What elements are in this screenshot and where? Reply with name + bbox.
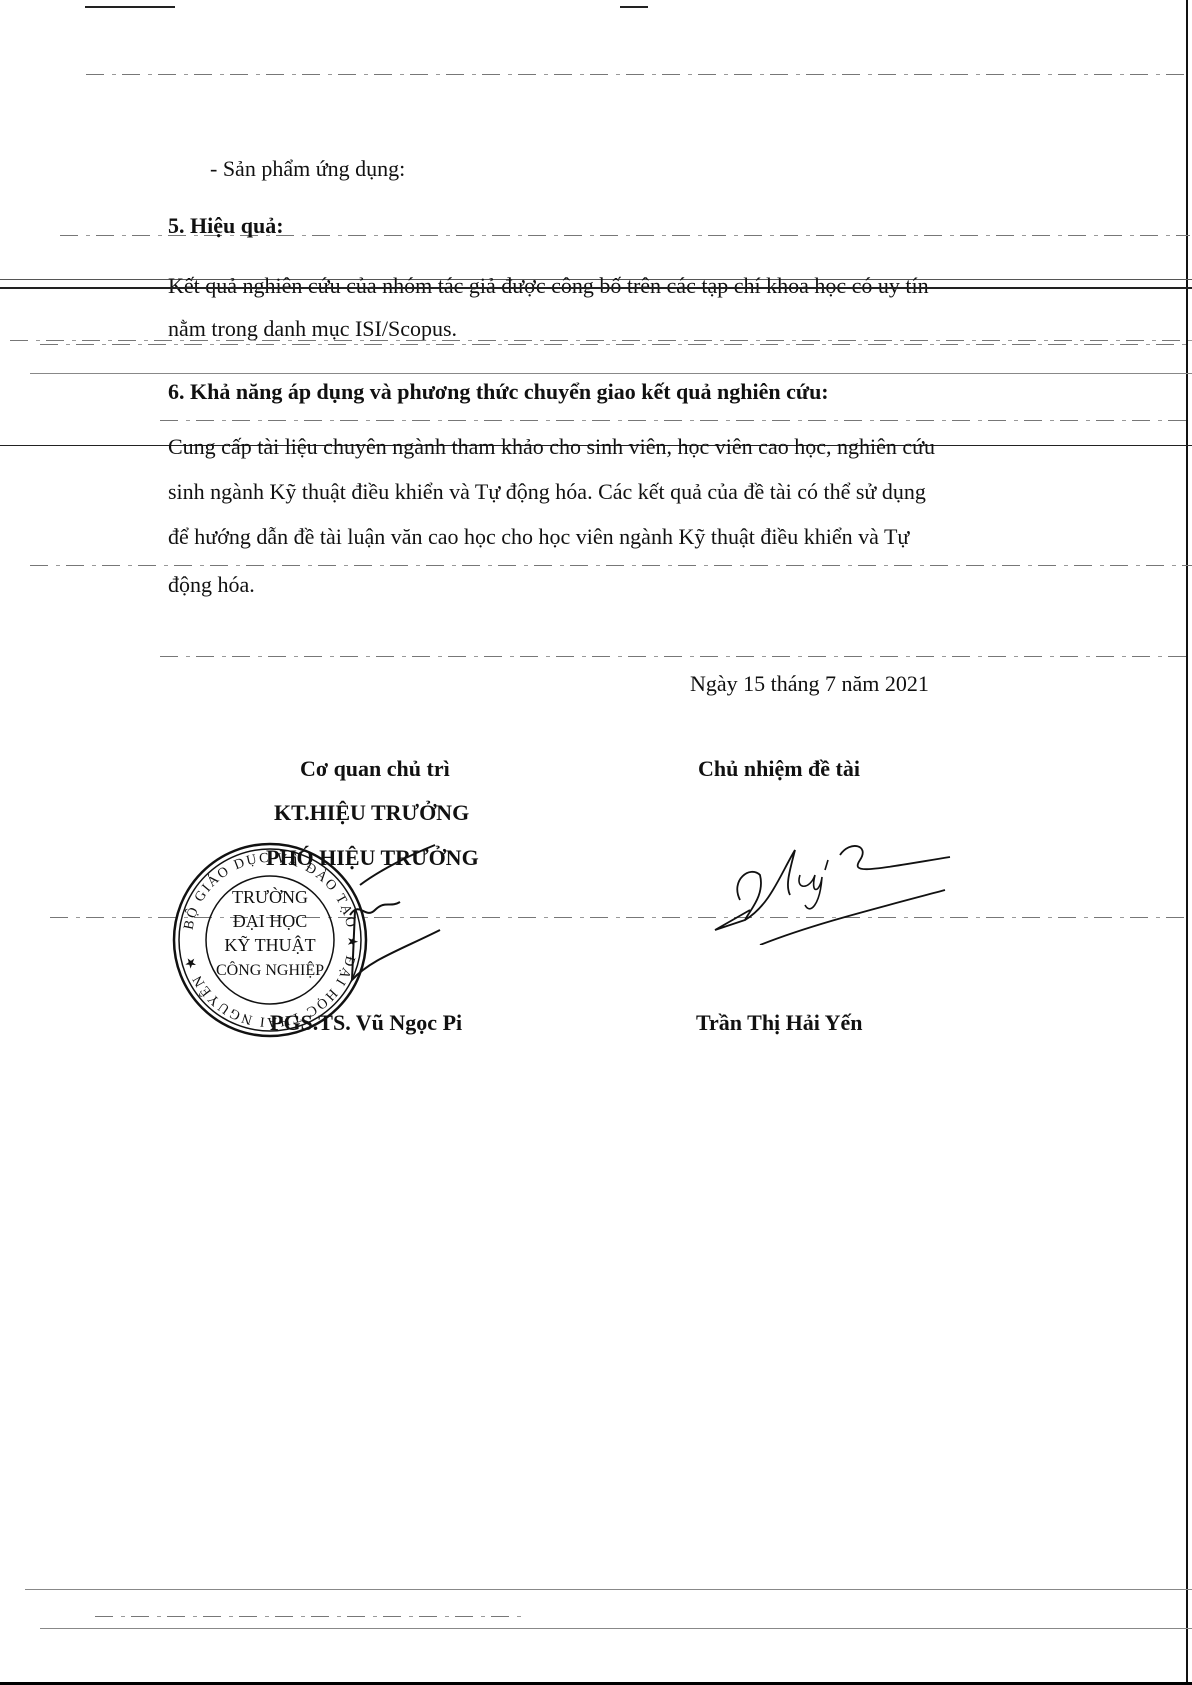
svg-text:KỸ THUẬT: KỸ THUẬT — [224, 934, 315, 955]
right-signer-name: Trần Thị Hải Yến — [696, 1012, 862, 1034]
right-signature-scribble — [710, 835, 970, 945]
left-signer-name: PGS.TS. Vũ Ngọc Pi — [270, 1012, 462, 1034]
right-signature-title: Chủ nhiệm đề tài — [698, 758, 860, 780]
section5-line-2: nằm trong danh mục ISI/Scopus. — [168, 318, 457, 340]
scan-artifact-line — [10, 340, 1192, 341]
scan-artifact-line — [25, 1589, 1192, 1590]
section6-line-1: Cung cấp tài liệu chuyên ngành tham khảo… — [168, 436, 935, 458]
svg-text:CÔNG NGHIỆP: CÔNG NGHIỆP — [216, 960, 324, 979]
left-signature-scribble — [340, 840, 460, 990]
scan-artifact-line — [95, 1616, 525, 1617]
scan-artifact-line — [30, 565, 1192, 566]
section5-heading: 5. Hiệu quả: — [168, 215, 284, 237]
scan-edge-line — [1186, 0, 1188, 1685]
scan-artifact-line — [40, 344, 1192, 345]
scan-artifact-line — [160, 420, 1190, 421]
date-line: Ngày 15 tháng 7 năm 2021 — [690, 673, 929, 695]
section5-line-1: Kết quả nghiên cứu của nhóm tác giả được… — [168, 275, 929, 297]
scan-artifact-line — [160, 656, 1190, 657]
scan-artifact-line — [620, 6, 648, 8]
section6-line-4: động hóa. — [168, 574, 255, 596]
section6-line-2: sinh ngành Kỹ thuật điều khiển và Tự độn… — [168, 481, 926, 503]
left-signature-title-2: KT.HIỆU TRƯỞNG — [274, 802, 469, 824]
scan-artifact-line — [40, 1628, 1192, 1629]
product-line: - Sản phẩm ứng dụng: — [210, 158, 405, 180]
svg-text:ĐẠI HỌC: ĐẠI HỌC — [233, 911, 308, 931]
left-signature-title-1: Cơ quan chủ trì — [300, 758, 450, 780]
scan-artifact-line — [86, 74, 1192, 75]
section6-heading: 6. Khả năng áp dụng và phương thức chuyể… — [168, 381, 829, 403]
scan-artifact-line — [30, 373, 1192, 374]
scan-artifact-line — [85, 6, 175, 8]
svg-text:TRƯỜNG: TRƯỜNG — [232, 886, 308, 907]
section6-line-3: để hướng dẫn đề tài luận văn cao học cho… — [168, 526, 909, 548]
scan-artifact-line — [0, 287, 1192, 289]
